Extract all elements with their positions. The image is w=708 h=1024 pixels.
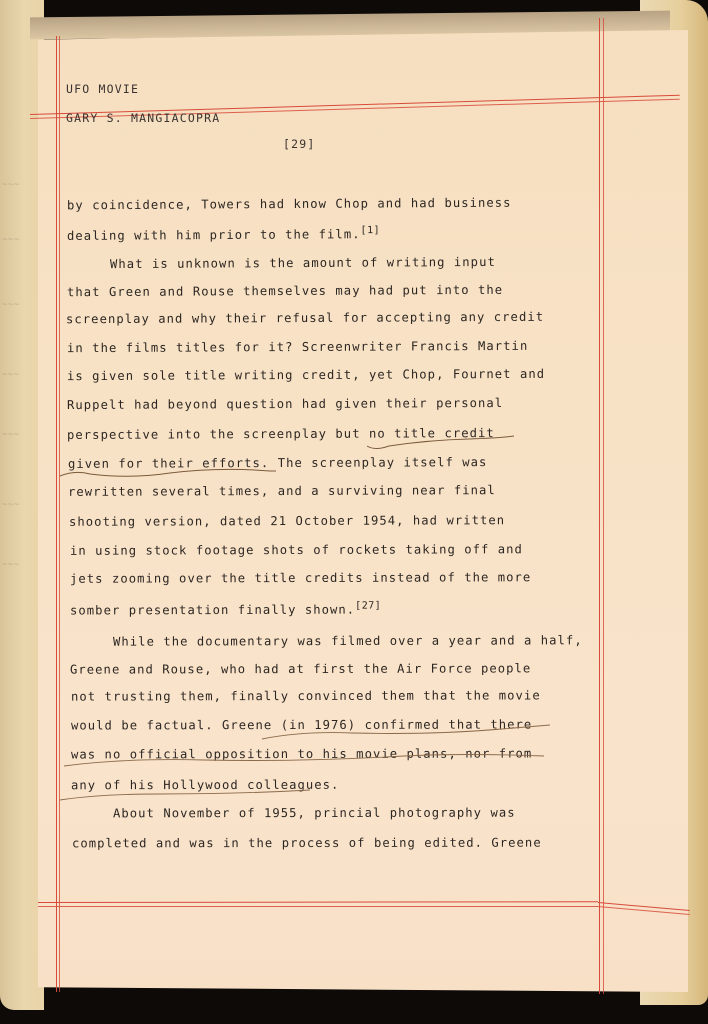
bleed-through-text: ~~~ (2, 300, 20, 310)
text-line: in the films titles for it? Screenwriter… (67, 339, 528, 355)
line-text: jets zooming over the title credits inst… (70, 570, 531, 586)
text-line: While the documentary was filmed over a … (113, 633, 583, 648)
footer-rule-inner (38, 906, 598, 907)
text-line: in using stock footage shots of rockets … (70, 542, 523, 558)
text-line: dealing with him prior to the film.[1] (67, 225, 380, 243)
text-line: Ruppelt had beyond question had given th… (67, 396, 503, 412)
bleed-through-text: ~~~ (2, 500, 20, 510)
line-text: Greene and Rouse, who had at first the A… (70, 661, 531, 676)
line-text: About November of 1955, princial photogr… (113, 806, 516, 821)
bleed-through-text: ~~~ (2, 560, 20, 570)
footnote-reference: [27] (355, 601, 381, 612)
line-text: rewritten several times, and a surviving… (68, 483, 496, 499)
text-line: About November of 1955, princial photogr… (113, 806, 516, 821)
line-text: that Green and Rouse themselves may had … (67, 283, 503, 299)
text-line: was no official opposition to his movie … (71, 747, 532, 762)
line-text: was no official opposition to his movie … (71, 747, 532, 762)
text-line: somber presentation finally shown.[27] (70, 601, 381, 618)
text-line: rewritten several times, and a surviving… (68, 483, 496, 499)
line-text: completed and was in the process of bein… (72, 836, 542, 851)
text-line: Greene and Rouse, who had at first the A… (70, 661, 531, 676)
text-line: not trusting them, finally convinced the… (71, 688, 541, 703)
line-text: Ruppelt had beyond question had given th… (67, 396, 503, 412)
text-line: perspective into the screenplay but no t… (67, 426, 495, 442)
line-text: somber presentation finally shown. (70, 603, 355, 618)
text-line: that Green and Rouse themselves may had … (67, 283, 503, 299)
line-text: While the documentary was filmed over a … (113, 633, 583, 648)
line-text: in using stock footage shots of rockets … (70, 542, 523, 558)
bleed-through-text: ~~~ (2, 180, 20, 190)
line-text: any of his Hollywood colleagues. (71, 778, 339, 793)
bleed-through-text: ~~~ (2, 235, 20, 245)
text-line: given for their efforts. The screenplay … (68, 455, 487, 471)
line-text: What is unknown is the amount of writing… (110, 255, 496, 271)
margin-rule-left (56, 36, 57, 992)
margin-rule-right (599, 18, 600, 994)
line-text: would be factual. Greene (in 1976) confi… (71, 717, 532, 732)
text-line: by coincidence, Towers had know Chop and… (67, 196, 512, 213)
text-line: What is unknown is the amount of writing… (110, 255, 496, 271)
margin-rule-right-inner (603, 18, 604, 994)
line-text: given for their efforts. The screenplay … (68, 455, 487, 471)
text-line: would be factual. Greene (in 1976) confi… (71, 717, 532, 732)
line-text: not trusting them, finally convinced the… (71, 688, 541, 703)
margin-rule-left-inner (59, 36, 60, 992)
line-text: by coincidence, Towers had know Chop and… (67, 196, 512, 213)
text-line: screenplay and why their refusal for acc… (66, 310, 544, 327)
line-text: is given sole title writing credit, yet … (67, 367, 545, 383)
text-line: jets zooming over the title credits inst… (70, 570, 531, 586)
line-text: screenplay and why their refusal for acc… (66, 310, 544, 327)
line-text: shooting version, dated 21 October 1954,… (69, 513, 505, 529)
text-line: completed and was in the process of bein… (72, 836, 542, 851)
line-text: dealing with him prior to the film. (67, 227, 361, 243)
bleed-through-text: ~~~ (2, 430, 20, 440)
footnote-reference: [1] (361, 225, 381, 236)
text-line: shooting version, dated 21 October 1954,… (69, 513, 505, 529)
text-line: any of his Hollywood colleagues. (71, 778, 339, 793)
line-text: perspective into the screenplay but no t… (67, 426, 495, 442)
document-author: GARY S. MANGIACOPRA (66, 111, 220, 125)
adjacent-page-edge: ~~~ ~~~ ~~~ ~~~ ~~~ ~~~ ~~~ (0, 0, 44, 1010)
line-text: in the films titles for it? Screenwriter… (67, 339, 528, 355)
bleed-through-text: ~~~ (2, 370, 20, 380)
page-number: [29] (283, 137, 316, 151)
document-title: UFO MOVIE (66, 82, 139, 96)
text-line: is given sole title writing credit, yet … (67, 367, 545, 383)
